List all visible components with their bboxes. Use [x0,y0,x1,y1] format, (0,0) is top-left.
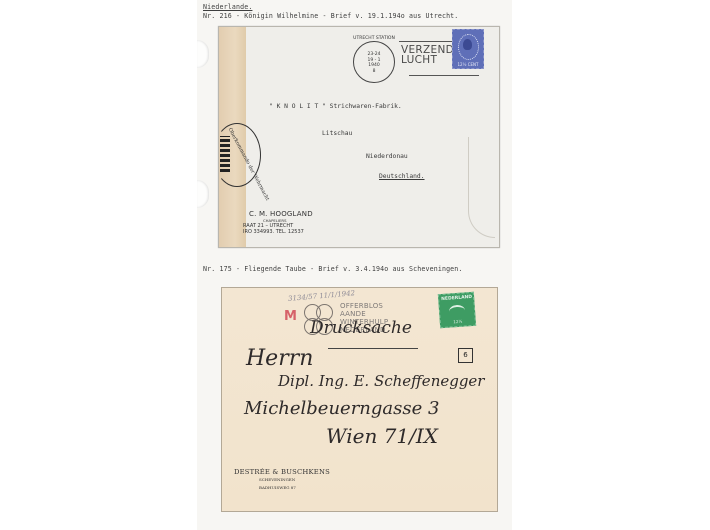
cancel-line [399,41,459,42]
handwritten-line: Herrn [246,346,313,371]
address-line: Niederdonau [366,153,408,160]
handwritten-line: Michelbeuerngasse 3 [244,398,439,419]
stamp-flying-dove: NEDERLAND 12½ [438,292,476,328]
underline [328,348,418,349]
pencil-note: 3134/57 11/1/1942 [288,289,356,303]
dove-icon [449,304,466,317]
handwritten-line: Drucksache [310,318,412,338]
caption-item-1: Nr. 216 - Königin Wilhelmine - Brief v. … [203,12,458,20]
boxed-number: 6 [458,348,473,363]
envelope-utrecht: Oberkommando der Wehrmacht UTRECHT STATI… [218,26,500,248]
handwritten-line: Dipl. Ing. E. Scheffenegger [278,372,484,390]
sender-imprint: DESTRÉE & BUSCHKENS SCHEVENINGEN BADHUIS… [234,468,330,492]
page-heading: Niederlande. [203,3,252,11]
cancel-line [409,75,479,76]
address-line: Litschau [322,130,352,137]
envelope-crease [468,137,495,238]
slogan-cancel: VERZEND LUCHT [401,45,454,65]
handwritten-line: Wien 71/IX [326,424,438,448]
address-line: Deutschland. [379,173,425,180]
sender-imprint: C. M. HOOGLAND CHAPELIERS RAAT 21 – UTRE… [249,210,313,235]
address-line: " K N O L I T " Strichwaren-Fabrik. [269,103,402,110]
postmark-utrecht: UTRECHT STATION 23-24 19 - 1 1940 8 [353,41,395,83]
envelope-scheveningen: 3134/57 11/1/1942 M OFFERBLOS AANDE WINT… [221,287,498,512]
portrait-icon [463,39,472,50]
caption-item-2: Nr. 175 - Fliegende Taube - Brief v. 3.4… [203,265,463,273]
censor-stamp-icon: Oberkommando der Wehrmacht [213,123,261,187]
stamp-wilhelmina: 12½ CENT [452,29,484,69]
red-censor-mark: M [284,309,297,324]
